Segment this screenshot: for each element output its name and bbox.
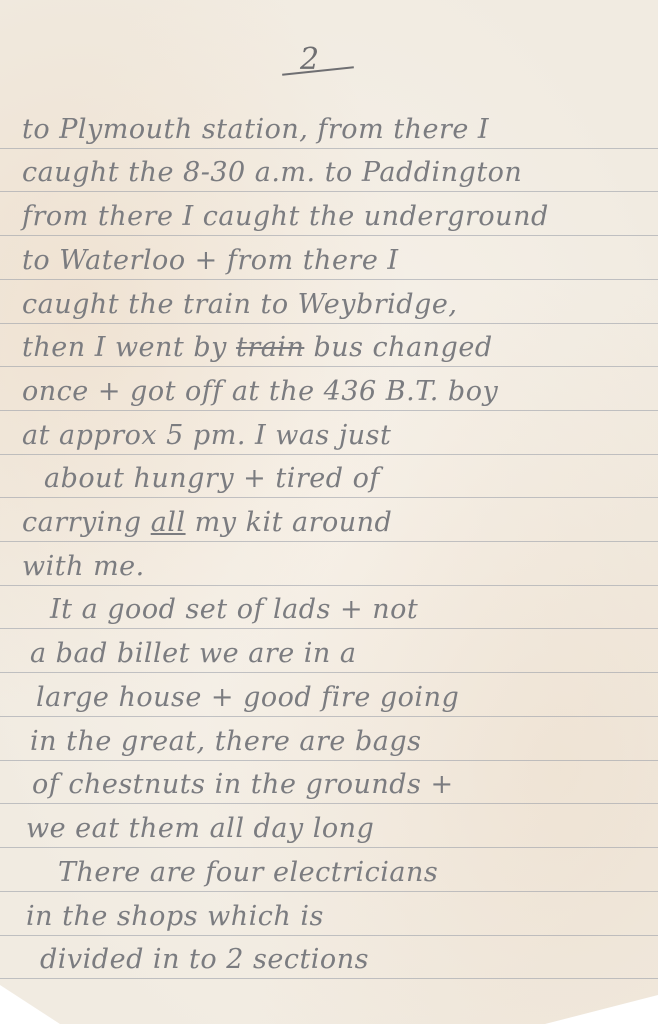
text-line: with me. bbox=[22, 551, 145, 582]
ruled-line bbox=[0, 410, 658, 411]
text-line: There are four electricians bbox=[58, 857, 438, 888]
ruled-line bbox=[0, 541, 658, 542]
ruled-line bbox=[0, 716, 658, 717]
text-line: about hungry + tired of bbox=[44, 463, 380, 494]
text-line: caught the train to Weybridge, bbox=[22, 289, 457, 320]
ruled-line bbox=[0, 935, 658, 936]
text-line: then I went by train bus changed bbox=[22, 332, 493, 363]
text-line: to Plymouth station, from there I bbox=[22, 114, 489, 145]
text-segment: bus changed bbox=[304, 332, 492, 363]
text-line: of chestnuts in the grounds + bbox=[32, 769, 454, 800]
ruled-line bbox=[0, 672, 658, 673]
ruled-line bbox=[0, 454, 658, 455]
struck-word: train bbox=[236, 332, 304, 363]
ruled-line bbox=[0, 585, 658, 586]
ruled-line bbox=[0, 891, 658, 892]
underlined-word: all bbox=[151, 507, 186, 538]
text-line: in the shops which is bbox=[26, 901, 324, 932]
text-line: at approx 5 pm. I was just bbox=[22, 420, 391, 451]
ruled-line bbox=[0, 191, 658, 192]
text-line: divided in to 2 sections bbox=[40, 944, 369, 975]
text-line: carrying all my kit around bbox=[22, 507, 392, 538]
letter-page: 2 to Plymouth station, from there I caug… bbox=[0, 0, 658, 1024]
ruled-line bbox=[0, 235, 658, 236]
ruled-line bbox=[0, 628, 658, 629]
text-line: in the great, there are bags bbox=[30, 726, 421, 757]
ruled-line bbox=[0, 760, 658, 761]
ruled-line bbox=[0, 323, 658, 324]
ruled-line bbox=[0, 366, 658, 367]
ruled-line bbox=[0, 148, 658, 149]
text-segment: carrying bbox=[22, 507, 151, 538]
ruled-line bbox=[0, 497, 658, 498]
ruled-line bbox=[0, 803, 658, 804]
text-line: once + got off at the 436 B.T. boy bbox=[22, 376, 498, 407]
text-line: a bad billet we are in a bbox=[30, 638, 356, 669]
text-line: large house + good fire going bbox=[36, 682, 459, 713]
text-segment: my kit around bbox=[186, 507, 393, 538]
ruled-line bbox=[0, 978, 658, 979]
text-segment: then I went by bbox=[22, 332, 236, 363]
text-line: we eat them all day long bbox=[26, 813, 374, 844]
text-line: caught the 8-30 a.m. to Paddington bbox=[22, 157, 522, 188]
text-line: It a good set of lads + not bbox=[50, 594, 418, 625]
ruled-line bbox=[0, 847, 658, 848]
ruled-line bbox=[0, 279, 658, 280]
text-line: from there I caught the underground bbox=[22, 201, 549, 232]
text-line: to Waterloo + from there I bbox=[22, 245, 399, 276]
